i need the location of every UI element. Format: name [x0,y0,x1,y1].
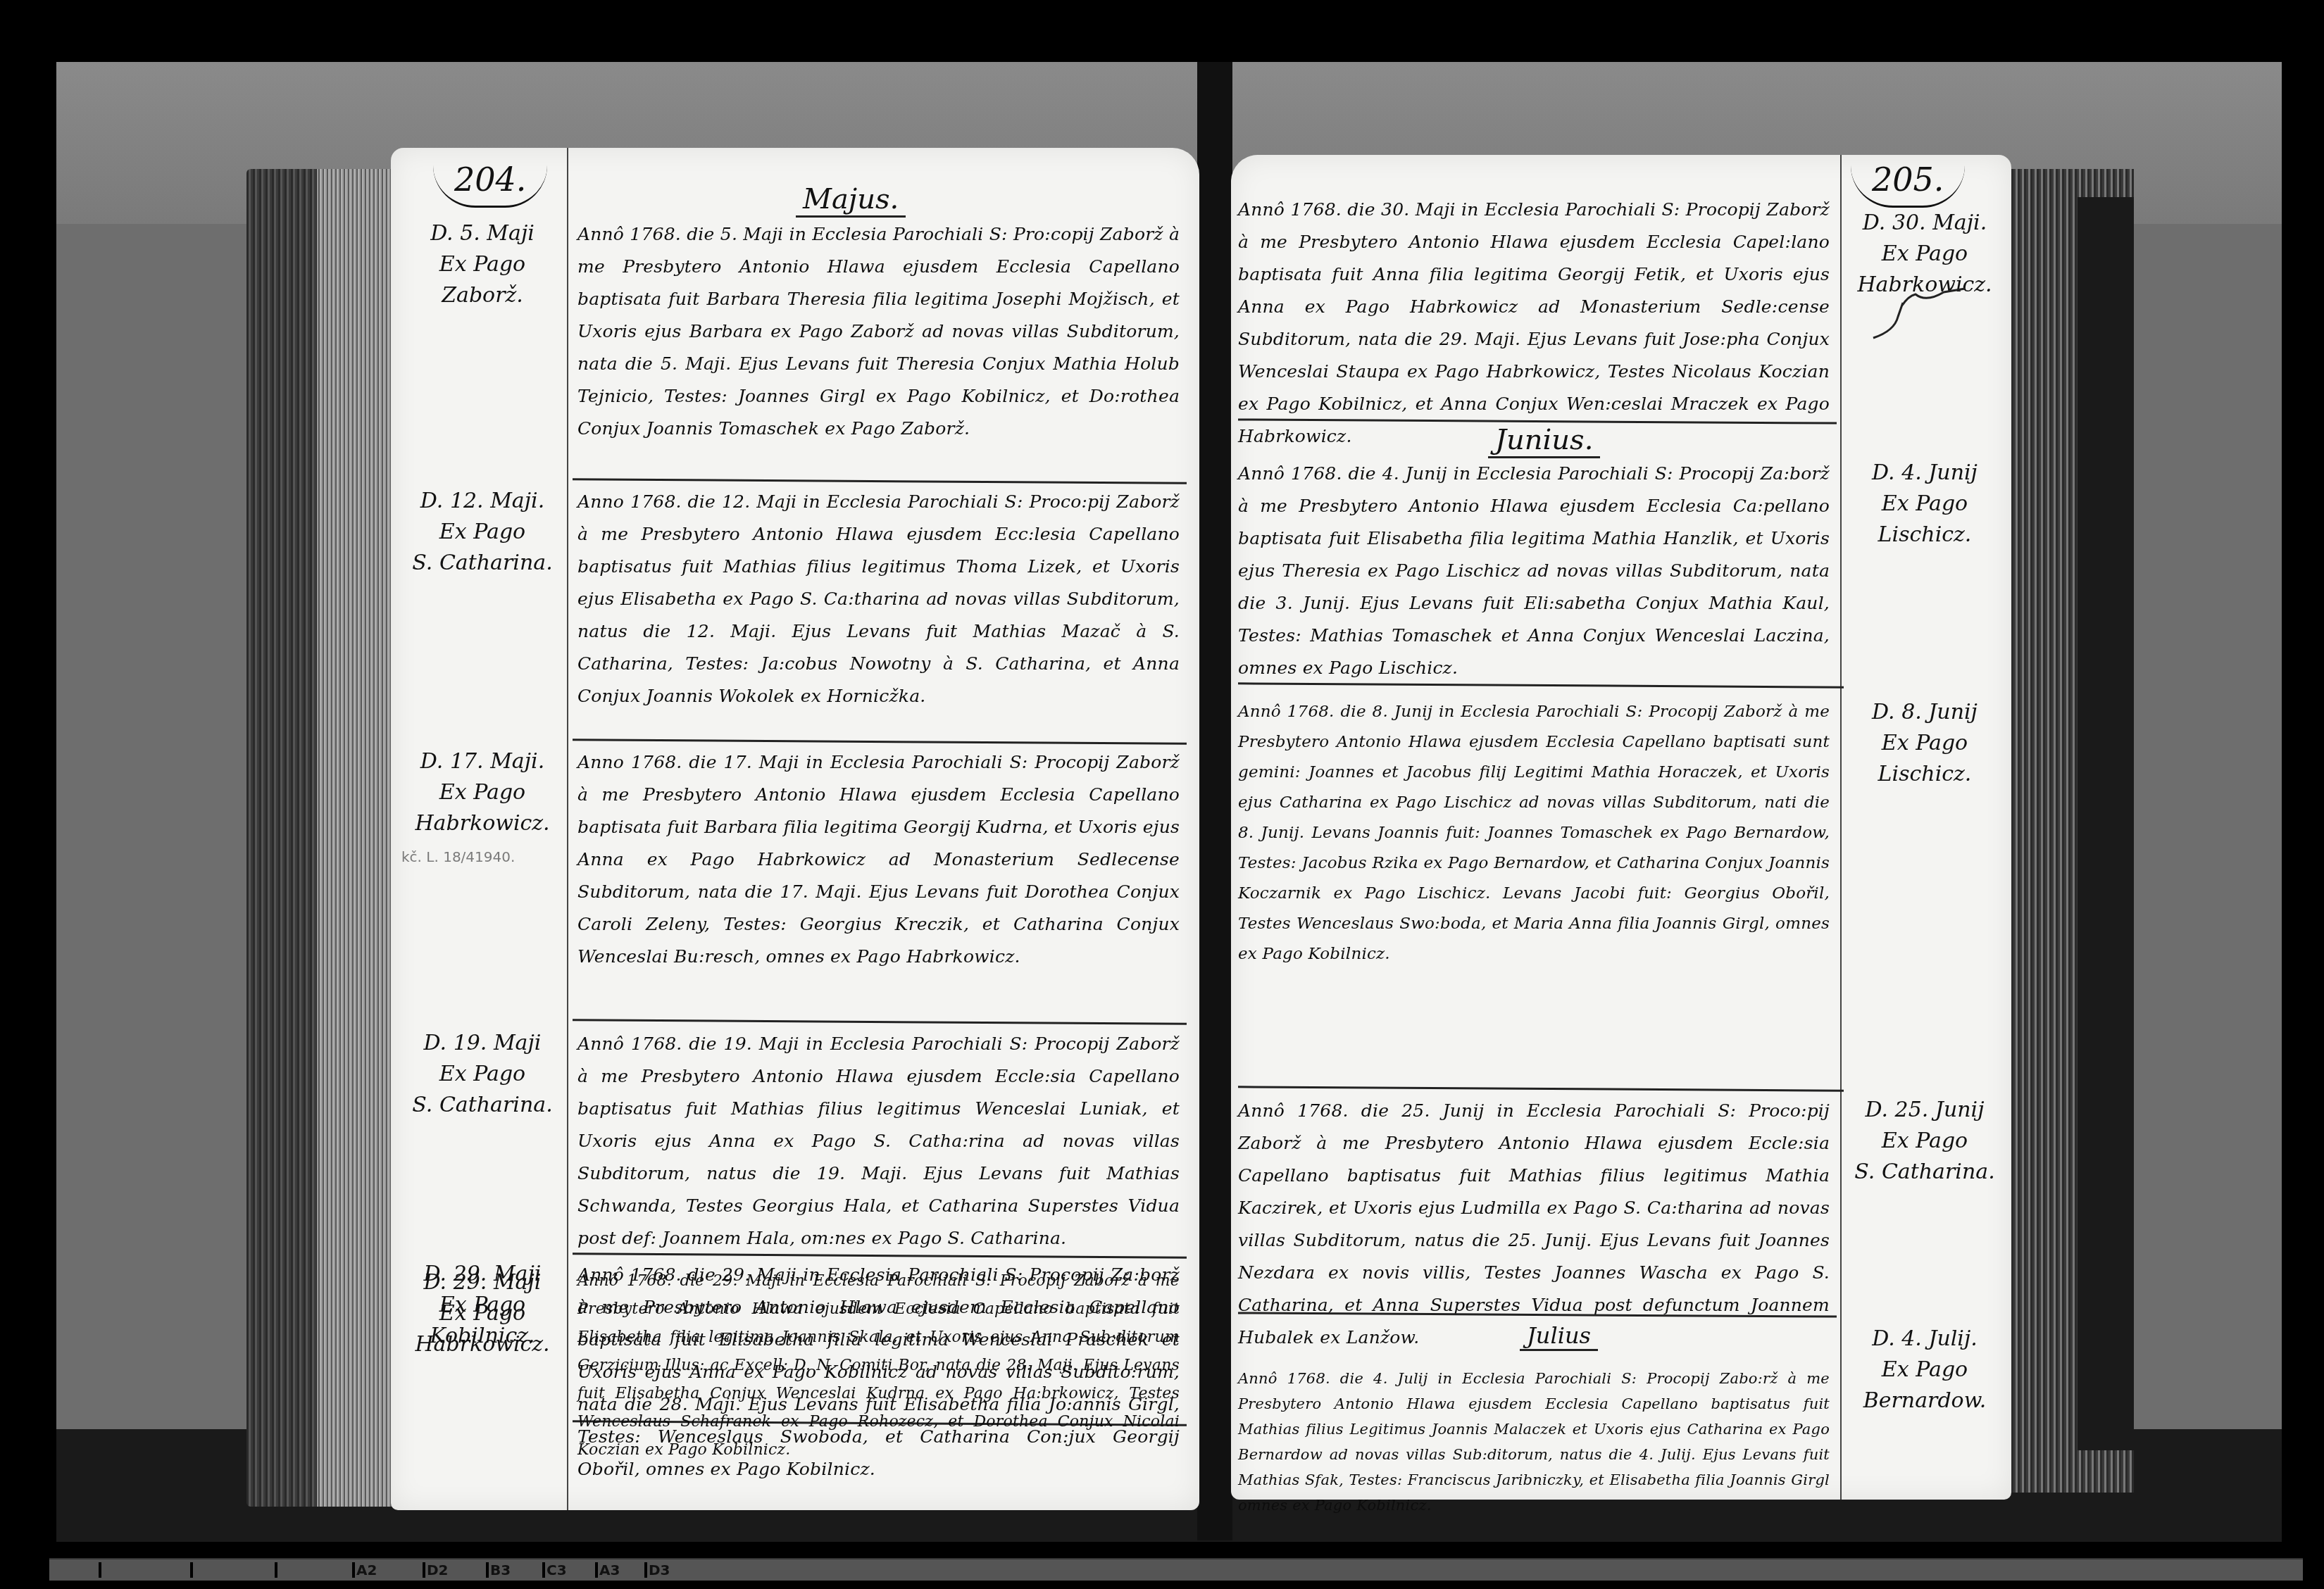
check-mark-icon [1859,282,1972,345]
book-gutter [1197,62,1232,1540]
scale-tick: D2 [423,1562,449,1578]
scale-tick: A3 [595,1562,620,1578]
entry-text: Annô 1768. die 8. Junij in Ecclesia Paro… [1238,697,1830,969]
entry-text: Annô 1768. die 4. Junij in Ecclesia Paro… [1238,458,1830,684]
scale-tick [99,1562,103,1578]
book-cover-right [2078,197,2134,1450]
month-heading: Junius. [1488,424,1600,458]
scale-tick [275,1562,279,1578]
archive-pencil-annotation: kč. L. 18/41940. [401,848,515,865]
entry-divider [573,1019,1187,1024]
entry-margin-note: D. 29. MajiEx PagoHabrkowicz. [405,1267,560,1360]
entry-text: Annô 1768. die 4. Julij in Ecclesia Paro… [1238,1366,1830,1518]
book-fore-edge-right [2007,169,2134,1493]
scale-tick: B3 [486,1562,511,1578]
entry-text: Annô 1768. die 5. Maji in Ecclesia Paroc… [577,218,1180,445]
entry-text: Anno 1768. die 17. Maji in Ecclesia Paro… [577,746,1180,973]
entry-text: Annô 1768. die 19. Maji in Ecclesia Paro… [577,1028,1180,1255]
right-page: 205. Annô 1768. die 30. Maji in Ecclesia… [1231,155,2011,1500]
page-number: 204. [433,161,547,208]
entry-margin-note: D. 5. MajiEx PagoZaborž. [405,218,560,311]
microfilm-scale-bar: A2 D2 B3 C3 A3 D3 [49,1558,2303,1581]
scale-tick: C3 [542,1562,567,1578]
entry-text: Annô 1768. die 30. Maji in Ecclesia Paro… [1238,194,1830,453]
entry-margin-note: D. 12. Maji.Ex PagoS. Catharina. [405,486,560,579]
entry-divider [573,478,1187,484]
entry-margin-note: D. 4. Julij.Ex PagoBernardow. [1847,1324,2002,1417]
entry-divider [573,739,1187,744]
entry-margin-note: D. 4. JunijEx PagoLischicz. [1847,458,2002,551]
page-stack-left [317,169,394,1507]
entry-margin-note: D. 19. MajiEx PagoS. Catharina. [405,1028,560,1121]
scale-tick: A2 [352,1562,377,1578]
margin-rule [567,148,568,1510]
margin-rule [1840,155,1842,1500]
page-number: 205. [1851,161,1965,208]
entry-margin-note: D. 17. Maji.Ex PagoHabrkowicz. [405,746,560,839]
month-heading: Majus. [796,183,906,218]
entry-text: Annô 1768. die 29. Maji in Ecclesia Paro… [577,1267,1180,1464]
scale-tick [190,1562,194,1578]
month-heading: Julius [1520,1322,1598,1351]
entry-margin-note: D. 8. JunijEx PagoLischicz. [1847,697,2002,790]
book-fore-edge-left [246,169,394,1507]
scale-tick: D3 [644,1562,670,1578]
entry-margin-note: D. 25. JunijEx PagoS. Catharina. [1847,1095,2002,1188]
entry-text: Anno 1768. die 12. Maji in Ecclesia Paro… [577,486,1180,712]
entry-divider [1238,1086,1844,1091]
